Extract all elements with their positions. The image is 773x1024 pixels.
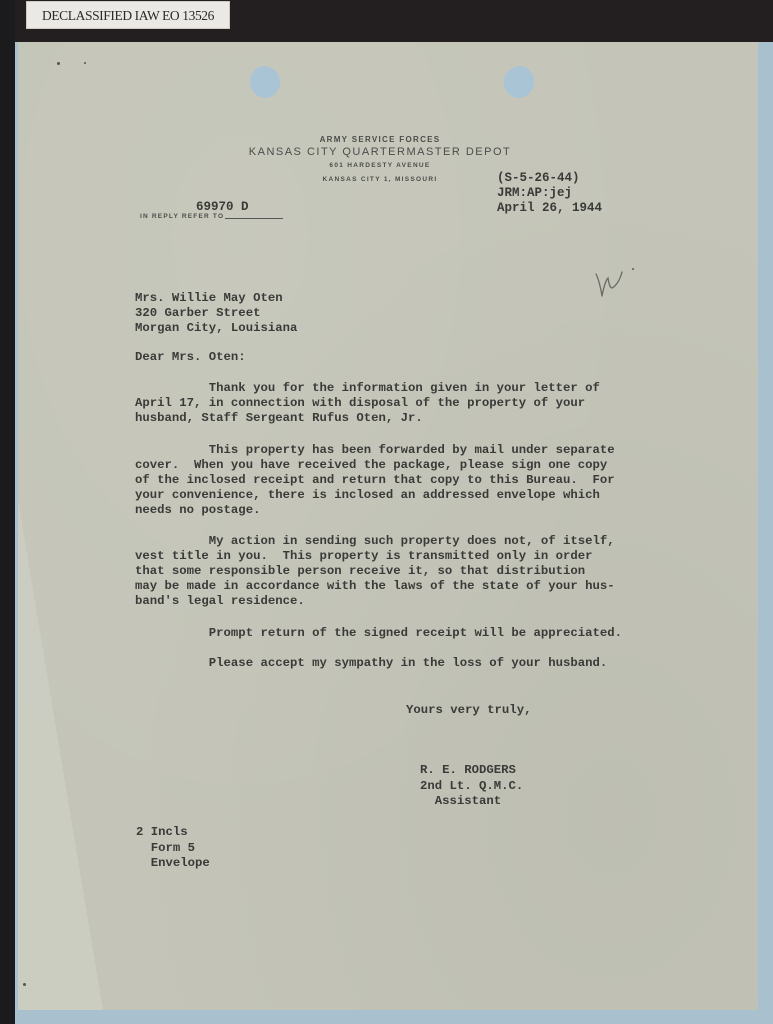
body-paragraph-3: My action in sending such property does … (135, 534, 645, 609)
enclosures-block: 2 Incls Form 5 Envelope (136, 825, 210, 872)
body-paragraph-2: This property has been forwarded by mail… (135, 443, 645, 518)
reply-refer-underline (225, 218, 283, 219)
body-paragraph-4: Prompt return of the signed receipt will… (135, 626, 645, 641)
recipient-name: Mrs. Willie May Oten (135, 291, 283, 305)
paper-speck (84, 62, 86, 64)
signer-rank: 2nd Lt. Q.M.C. (420, 779, 523, 793)
body-paragraph-1: Thank you for the information given in y… (135, 381, 645, 426)
recipient-city: Morgan City, Louisiana (135, 321, 297, 335)
scanner-background-left (0, 0, 15, 1024)
enclosure-item: Form 5 (151, 841, 195, 855)
reply-refer-label: IN REPLY REFER TO (140, 213, 224, 220)
letterhead: ARMY SERVICE FORCES KANSAS CITY QUARTERM… (230, 134, 530, 187)
body-paragraph-5: Please accept my sympathy in the loss of… (135, 656, 645, 671)
recipient-street: 320 Garber Street (135, 306, 260, 320)
letterhead-organization: ARMY SERVICE FORCES (230, 134, 530, 146)
salutation: Dear Mrs. Oten: (135, 350, 645, 365)
paper-speck (57, 62, 60, 65)
letterhead-street: 601 HARDESTY AVENUE (230, 159, 530, 173)
paper-speck (23, 983, 26, 986)
folded-corner (18, 500, 103, 1010)
signer-title: Assistant (435, 794, 501, 808)
signature-block: R. E. RODGERS 2nd Lt. Q.M.C. Assistant (420, 763, 523, 810)
closing: Yours very truly, (406, 703, 531, 717)
letterhead-depot: KANSAS CITY QUARTERMASTER DEPOT (230, 146, 530, 159)
letter-date: April 26, 1944 (497, 201, 602, 215)
enclosure-count: 2 Incls (136, 825, 188, 839)
letterhead-city: KANSAS CITY 1, MISSOURI (230, 173, 530, 187)
declassified-label: DECLASSIFIED IAW EO 13526 (26, 1, 230, 29)
reply-refer-line: IN REPLY REFER TO (140, 213, 283, 220)
enclosure-item: Envelope (151, 856, 210, 870)
reference-block: (S-5-26-44) JRM:AP:jej April 26, 1944 (497, 171, 602, 216)
recipient-address: Mrs. Willie May Oten 320 Garber Street M… (135, 291, 645, 336)
reference-code: (S-5-26-44) (497, 171, 580, 185)
reference-initials: JRM:AP:jej (497, 186, 572, 200)
letter-page (18, 42, 758, 1010)
signer-name: R. E. RODGERS (420, 763, 516, 777)
file-number: 69970 D (196, 200, 249, 214)
